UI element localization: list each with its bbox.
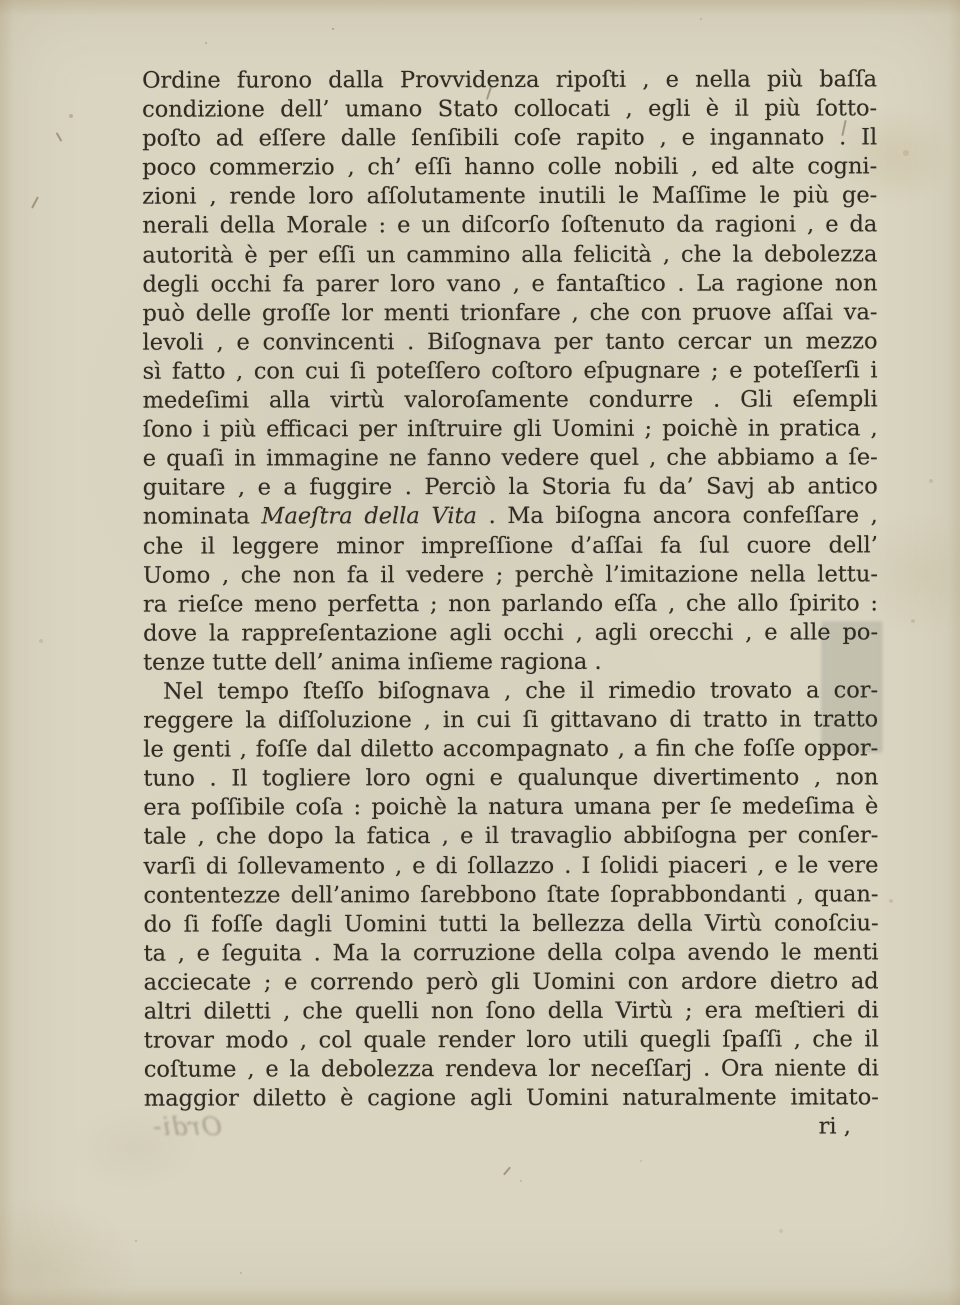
text-line: tenze tutte dell’ anima inſieme ragiona … bbox=[143, 647, 878, 677]
text-segment: era poſſibile coſa : poichè la natura um… bbox=[143, 794, 878, 821]
text-line: coſtume , e la debolezza rendeva lor nec… bbox=[144, 1055, 879, 1085]
text-line: tale , che dopo la fatica , e il travagl… bbox=[143, 822, 878, 852]
text-line: ra rieſce meno perfetta ; non parlando e… bbox=[143, 589, 878, 619]
catchword: ri , bbox=[144, 1113, 879, 1143]
text-line: do ſi foſſe dagli Uomini tutti la bellez… bbox=[144, 909, 879, 939]
text-line: le genti , foſſe dal diletto accompagnat… bbox=[143, 735, 878, 765]
text-segment: degli occhi fa parer loro vano , e fanta… bbox=[142, 270, 877, 297]
text-segment: coſtume , e la debolezza rendeva lor nec… bbox=[144, 1056, 879, 1083]
text-line: autorità è per eſſi un cammino alla feli… bbox=[142, 240, 877, 270]
paper-fiber-mark bbox=[56, 132, 63, 142]
text-segment: ra rieſce meno perfetta ; non parlando e… bbox=[143, 590, 878, 617]
text-line: nominata Maeſtra della Vita . Ma biſogna… bbox=[143, 502, 878, 532]
text-segment: . Ma biſogna ancora confeſſare , bbox=[477, 503, 878, 530]
paper-fiber-mark bbox=[503, 1167, 511, 1176]
text-segment: ſono i più efficaci per inſtruire gli Uo… bbox=[143, 415, 878, 442]
show-through-ghost-text: Ordi- bbox=[152, 1112, 222, 1141]
text-segment: levoli , e convincenti . Biſognava per t… bbox=[143, 328, 878, 355]
text-segment: poco commerzio , ch’ eſſi hanno colle no… bbox=[142, 154, 877, 181]
text-segment: sì fatto , con cui ſi poteſſero coſtoro … bbox=[143, 357, 878, 384]
text-line: levoli , e convincenti . Biſognava per t… bbox=[143, 327, 878, 357]
text-segment: trovar modo , col quale render loro util… bbox=[144, 1026, 879, 1053]
text-line: medeſimi alla virtù valoroſamente condur… bbox=[143, 385, 878, 415]
text-segment: le genti , foſſe dal diletto accompagnat… bbox=[143, 736, 878, 763]
text-line: ſono i più efficaci per inſtruire gli Uo… bbox=[143, 414, 878, 444]
text-segment: autorità è per eſſi un cammino alla feli… bbox=[142, 241, 877, 268]
text-segment: nerali della Morale : e un diſcorſo ſoſt… bbox=[142, 212, 877, 239]
text-line: varſi di ſollevamento , e di ſollazzo . … bbox=[143, 851, 878, 881]
text-segment: reggere la diſſoluzione , in cui ſi gitt… bbox=[143, 706, 878, 733]
text-line: poco commerzio , ch’ eſſi hanno colle no… bbox=[142, 153, 877, 183]
text-line: ta , e ſeguita . Ma la corruzione della … bbox=[144, 938, 879, 968]
text-line: condizione dell’ umano Stato collocati ,… bbox=[142, 94, 877, 124]
text-segment: ta , e ſeguita . Ma la corruzione della … bbox=[144, 939, 879, 966]
text-segment: acciecate ; e correndo però gli Uomini c… bbox=[144, 968, 879, 995]
text-segment: contentezze dell’animo ſarebbono ſtate ſ… bbox=[143, 881, 878, 908]
text-line: nerali della Morale : e un diſcorſo ſoſt… bbox=[142, 211, 877, 241]
text-segment: dove la rappreſentazione agli occhi , ag… bbox=[143, 619, 878, 646]
text-segment: può delle groſſe lor menti trionfare , c… bbox=[142, 299, 877, 326]
text-block: Ordine furono dalla Provvidenza ripoſti … bbox=[142, 65, 879, 1143]
text-line: può delle groſſe lor menti trionfare , c… bbox=[142, 298, 877, 328]
italic-phrase: Maeſtra della Vita bbox=[261, 503, 477, 529]
text-line: sì fatto , con cui ſi poteſſero coſtoro … bbox=[143, 356, 878, 386]
text-line: trovar modo , col quale render loro util… bbox=[144, 1025, 879, 1055]
text-segment: tuno . Il togliere loro ogni e qualunque… bbox=[143, 765, 878, 792]
text-segment: Ordine furono dalla Provvidenza ripoſti … bbox=[142, 66, 877, 93]
scanned-book-page: Ordine furono dalla Provvidenza ripoſti … bbox=[0, 0, 960, 1305]
text-line: degli occhi fa parer loro vano , e fanta… bbox=[142, 269, 877, 299]
text-line: poſto ad eſſere dalle ſenſibili coſe rap… bbox=[142, 124, 877, 154]
text-segment: guitare , e a fuggire . Perciò la Storia… bbox=[143, 474, 878, 501]
text-line: zioni , rende loro aſſolutamente inutili… bbox=[142, 182, 877, 212]
text-segment: poſto ad eſſere dalle ſenſibili coſe rap… bbox=[142, 125, 877, 152]
text-line: maggior diletto è cagione agli Uomini na… bbox=[144, 1084, 879, 1114]
text-line: altri diletti , che quelli non ſono dell… bbox=[144, 996, 879, 1026]
text-segment: tenze tutte dell’ anima inſieme ragiona … bbox=[143, 649, 602, 676]
paper-specks bbox=[0, 0, 2, 2]
text-segment: e quaſi in immagine ne fanno vedere quel… bbox=[143, 445, 878, 472]
text-segment: altri diletti , che quelli non ſono dell… bbox=[144, 997, 879, 1024]
text-segment: condizione dell’ umano Stato collocati ,… bbox=[142, 95, 877, 122]
text-segment: tale , che dopo la fatica , e il travagl… bbox=[143, 823, 878, 850]
text-line: Uomo , che non fa il vedere ; perchè l’i… bbox=[143, 560, 878, 590]
text-line: dove la rappreſentazione agli occhi , ag… bbox=[143, 618, 878, 648]
text-line: acciecate ; e correndo però gli Uomini c… bbox=[144, 967, 879, 997]
text-line: e quaſi in immagine ne fanno vedere quel… bbox=[143, 444, 878, 474]
text-line: reggere la diſſoluzione , in cui ſi gitt… bbox=[143, 705, 878, 735]
text-line: contentezze dell’animo ſarebbono ſtate ſ… bbox=[143, 880, 878, 910]
text-segment: maggior diletto è cagione agli Uomini na… bbox=[144, 1085, 879, 1112]
text-line: che il leggere minor impreſſione d’aſſai… bbox=[143, 531, 878, 561]
text-segment: zioni , rende loro aſſolutamente inutili… bbox=[142, 183, 877, 210]
text-segment: Uomo , che non fa il vedere ; perchè l’i… bbox=[143, 561, 878, 588]
text-line: Ordine furono dalla Provvidenza ripoſti … bbox=[142, 65, 877, 95]
text-line: Nel tempo ſteſſo biſognava , che il rime… bbox=[143, 676, 878, 706]
text-line: guitare , e a fuggire . Perciò la Storia… bbox=[143, 473, 878, 503]
text-line: tuno . Il togliere loro ogni e qualunque… bbox=[143, 764, 878, 794]
text-segment: che il leggere minor impreſſione d’aſſai… bbox=[143, 532, 878, 559]
text-segment: Nel tempo ſteſſo biſognava , che il rime… bbox=[163, 677, 878, 704]
text-line: era poſſibile coſa : poichè la natura um… bbox=[143, 793, 878, 823]
text-segment: medeſimi alla virtù valoroſamente condur… bbox=[143, 386, 878, 413]
paper-fiber-mark bbox=[31, 196, 39, 208]
text-segment: varſi di ſollevamento , e di ſollazzo . … bbox=[143, 852, 878, 879]
text-segment: do ſi foſſe dagli Uomini tutti la bellez… bbox=[144, 910, 879, 937]
text-segment: nominata bbox=[143, 504, 262, 530]
